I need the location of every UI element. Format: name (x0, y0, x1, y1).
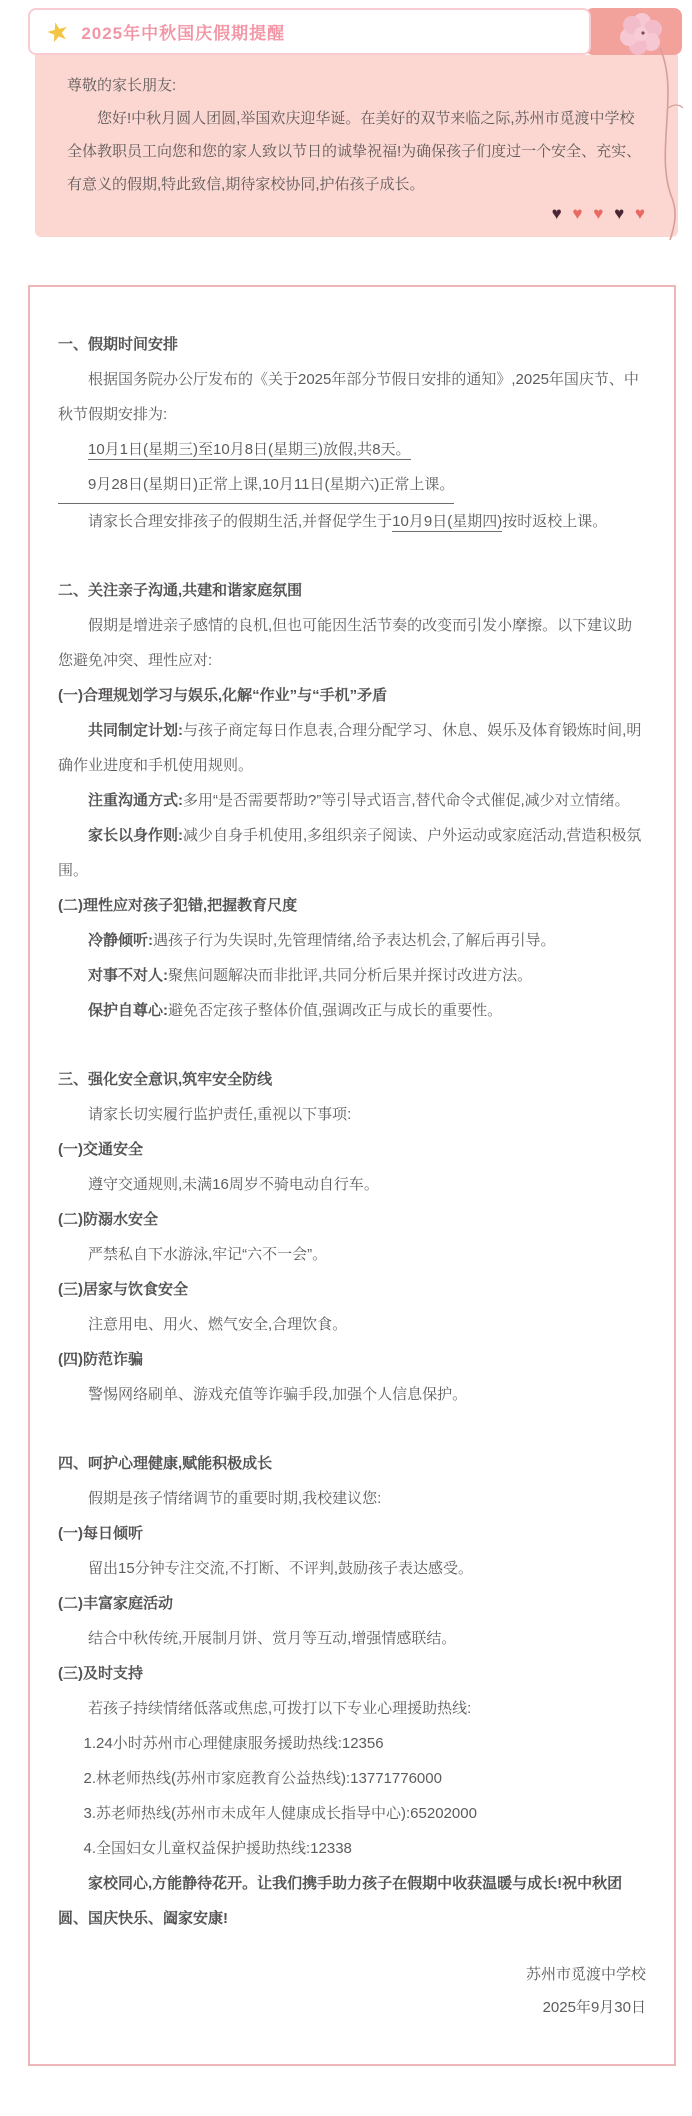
holiday-dates-line: 10月1日(星期三)至10月8日(星期三)放假,共8天。 (58, 432, 646, 467)
mental-item-text: 结合中秋传统,开展制月饼、赏月等互动,增强情感联结。 (58, 1621, 646, 1656)
safety-item-text: 注意用电、用火、燃气安全,合理饮食。 (58, 1307, 646, 1342)
tip-item: 共同制定计划:与孩子商定每日作息表,合理分配学习、休息、娱乐及体育锻炼时间,明确… (58, 713, 646, 783)
tip-item: 保护自尊心:避免否定孩子整体价值,强调改正与成长的重要性。 (58, 993, 646, 1028)
mental-item-heading: (二)丰富家庭活动 (58, 1586, 646, 1621)
tip-lead: 保护自尊心: (88, 1002, 168, 1019)
tip-lead: 对事不对人: (88, 967, 168, 984)
return-pre-text: 请家长合理安排孩子的假期生活,并督促学生于 (88, 513, 392, 530)
safety-item-heading: (四)防范诈骗 (58, 1342, 646, 1377)
title-banner: ★ 2025年中秋国庆假期提醒 (28, 8, 591, 55)
safety-item-heading: (三)居家与饮食安全 (58, 1272, 646, 1307)
tip-text: 遇孩子行为失误时,先管理情绪,给予表达机会,了解后再引导。 (153, 932, 556, 949)
hotline-item: 1.24小时苏州市心理健康服务援助热线:12356 (58, 1726, 646, 1761)
tip-item: 冷静倾听:遇孩子行为失误时,先管理情绪,给予表达机会,了解后再引导。 (58, 923, 646, 958)
tip-lead: 冷静倾听: (88, 932, 153, 949)
safety-item-text: 严禁私自下水游泳,牢记“六不一会”。 (58, 1237, 646, 1272)
section-2-heading: 二、关注亲子沟通,共建和谐家庭氛围 (58, 573, 646, 608)
notice-body: 一、假期时间安排 根据国务院办公厅发布的《关于2025年部分节假日安排的通知》,… (28, 285, 676, 2066)
return-to-school-line: 请家长合理安排孩子的假期生活,并督促学生于10月9日(星期四)按时返校上课。 (58, 504, 646, 539)
greeting-card: 尊敬的家长朋友: 您好!中秋月圆人团圆,举国欢庆迎华诞。在美好的双节来临之际,苏… (35, 55, 678, 237)
holiday-notice-page: ★ 2025年中秋国庆假期提醒 (0, 0, 692, 2066)
section-3-heading: 三、强化安全意识,筑牢安全防线 (58, 1062, 646, 1097)
section-4-heading: 四、呵护心理健康,赋能积极成长 (58, 1446, 646, 1481)
section-4-intro: 假期是孩子情绪调节的重要时期,我校建议您: (58, 1481, 646, 1516)
tip-lead: 共同制定计划: (88, 722, 183, 739)
tip-text: 多用“是否需要帮助?”等引导式语言,替代命令式催促,减少对立情绪。 (183, 792, 630, 809)
mental-item-heading: (三)及时支持 (58, 1656, 646, 1691)
closing-text: 家校同心,方能静待花开。让我们携手助力孩子在假期中收获温暖与成长!祝中秋团圆、国… (58, 1866, 646, 1936)
mental-item-text: 若孩子持续情绪低落或焦虑,可拨打以下专业心理援助热线: (58, 1691, 646, 1726)
heart-icon: ♥ (614, 204, 627, 223)
tip-item: 注重沟通方式:多用“是否需要帮助?”等引导式语言,替代命令式催促,减少对立情绪。 (58, 783, 646, 818)
heart-icon: ♥ (572, 204, 585, 223)
tip-lead: 家长以身作则: (88, 827, 183, 844)
heart-icon: ♥ (593, 204, 606, 223)
hotline-item: 4.全国妇女儿童权益保护援助热线:12338 (58, 1831, 646, 1866)
section-3-intro: 请家长切实履行监护责任,重视以下事项: (58, 1097, 646, 1132)
tip-text: 聚焦问题解决而非批评,共同分析后果并探讨改进方法。 (168, 967, 532, 984)
hearts-row: ♥ ♥ ♥ ♥ ♥ (67, 203, 648, 225)
flower-stem-icon (646, 48, 686, 243)
section-2-sub-2-heading: (二)理性应对孩子犯错,把握教育尺度 (58, 888, 646, 923)
mental-item-heading: (一)每日倾听 (58, 1516, 646, 1551)
signature-school: 苏州市觅渡中学校 (58, 1958, 646, 1991)
safety-item-text: 警惕网络刷单、游戏充值等诈骗手段,加强个人信息保护。 (58, 1377, 646, 1412)
hotline-item: 3.苏老师热线(苏州市未成年人健康成长指导中心):65202000 (58, 1796, 646, 1831)
heart-icon: ♥ (552, 204, 565, 223)
page-title: 2025年中秋国庆假期提醒 (81, 19, 285, 44)
school-days-line: 9月28日(星期日)正常上课,10月11日(星期六)正常上课。 (58, 467, 646, 504)
greeting-text: 您好!中秋月圆人团圆,举国欢庆迎华诞。在美好的双节来临之际,苏州市觅渡中学校全体… (67, 102, 648, 201)
star-icon: ★ (43, 16, 72, 47)
page-header: ★ 2025年中秋国庆假期提醒 (28, 8, 682, 55)
tip-text: 避免否定孩子整体价值,强调改正与成长的重要性。 (168, 1002, 502, 1019)
hotline-item: 2.林老师热线(苏州市家庭教育公益热线):13771776000 (58, 1761, 646, 1796)
tip-item: 对事不对人:聚焦问题解决而非批评,共同分析后果并探讨改进方法。 (58, 958, 646, 993)
return-date-underline: 10月9日(星期四) (392, 513, 502, 532)
safety-item-text: 遵守交通规则,未满16周岁不骑电动自行车。 (58, 1167, 646, 1202)
return-post-text: 按时返校上课。 (502, 513, 607, 530)
section-2-sub-1-heading: (一)合理规划学习与娱乐,化解“作业”与“手机”矛盾 (58, 678, 646, 713)
section-1-intro: 根据国务院办公厅发布的《关于2025年部分节假日安排的通知》,2025年国庆节、… (58, 362, 646, 432)
signature-block: 苏州市觅渡中学校 2025年9月30日 (58, 1958, 646, 2024)
flower-banner (585, 8, 682, 55)
holiday-dates-underline: 10月1日(星期三)至10月8日(星期三)放假,共8天。 (88, 441, 411, 460)
signature-date: 2025年9月30日 (58, 1991, 646, 2024)
mental-item-text: 留出15分钟专注交流,不打断、不评判,鼓励孩子表达感受。 (58, 1551, 646, 1586)
tip-lead: 注重沟通方式: (88, 792, 183, 809)
tip-item: 家长以身作则:减少自身手机使用,多组织亲子阅读、户外运动或家庭活动,营造积极氛围… (58, 818, 646, 888)
safety-item-heading: (二)防溺水安全 (58, 1202, 646, 1237)
section-1-heading: 一、假期时间安排 (58, 327, 646, 362)
section-2-intro: 假期是增进亲子感情的良机,但也可能因生活节奏的改变而引发小摩擦。以下建议助您避免… (58, 608, 646, 678)
safety-item-heading: (一)交通安全 (58, 1132, 646, 1167)
salutation: 尊敬的家长朋友: (67, 69, 648, 102)
school-days-underline: 9月28日(星期日)正常上课,10月11日(星期六)正常上课。 (58, 467, 454, 504)
